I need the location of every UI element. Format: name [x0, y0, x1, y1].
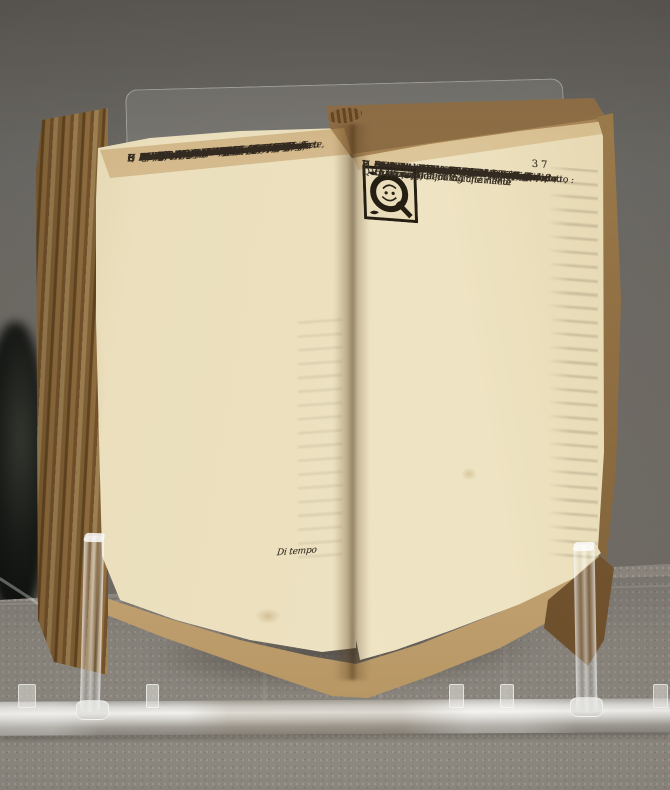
acrylic-rod-right: [574, 545, 598, 713]
verse-line: Graue fu il lor martir , breue lo ſpatio: [128, 151, 140, 152]
acrylic-rod-left-base: [76, 700, 109, 720]
museum-display-scene: Poteſſe riſanar la mia ferita ,Quando pr…: [0, 0, 670, 790]
bleed-through-text-right: [548, 166, 598, 565]
acrylic-tab: [449, 684, 464, 708]
bleed-through-text-left: [298, 318, 342, 561]
verse-line: Enon patir che queſta febbre audace: [362, 159, 374, 160]
acrylic-rod-right-base: [570, 697, 603, 717]
acrylic-tab: [500, 684, 514, 708]
acrylic-tab: [146, 684, 159, 708]
acrylic-tab: [653, 684, 668, 708]
acrylic-tab: [18, 684, 36, 708]
